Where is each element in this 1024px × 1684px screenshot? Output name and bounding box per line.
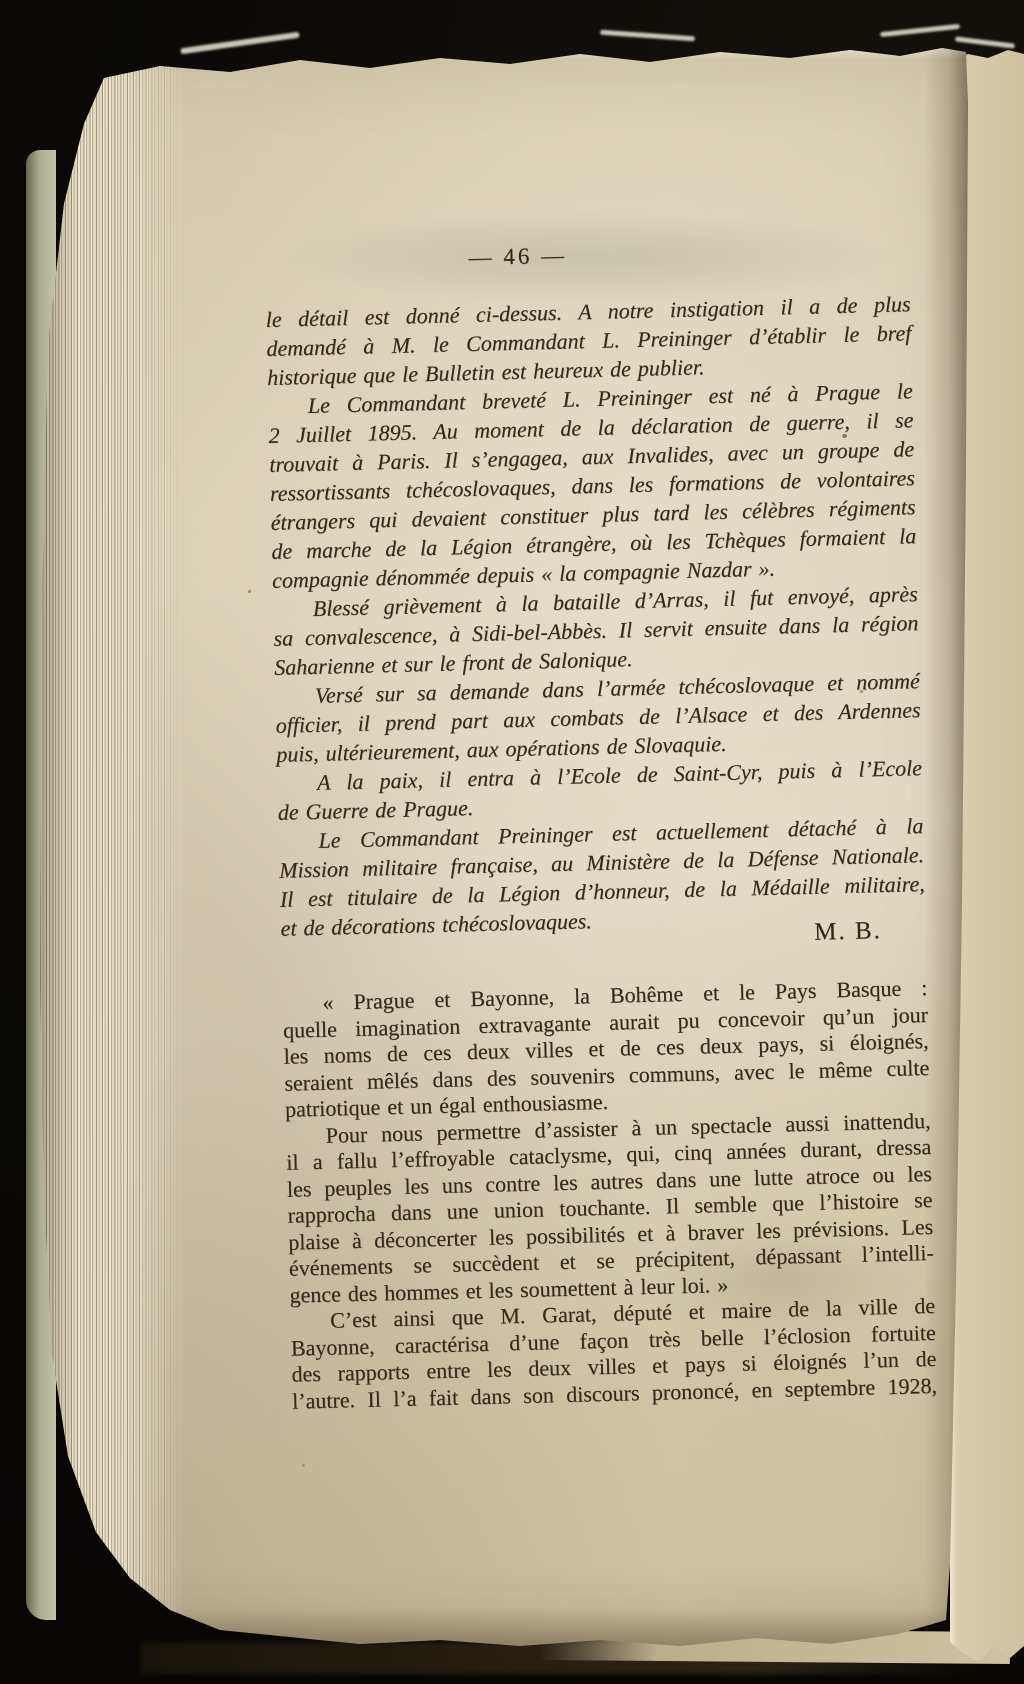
page-top-edge xyxy=(40,44,970,59)
paper-fiber xyxy=(955,36,1015,48)
paper-fiber xyxy=(600,30,695,42)
paper-speck xyxy=(302,1464,305,1467)
paper-fiber xyxy=(880,24,960,37)
photograph-of-book: — 46 — le détail est donné ci-dessus. A … xyxy=(0,0,1024,1684)
quotation-text-block: « Prague et Bayonne, la Bohême et le Pay… xyxy=(282,975,937,1415)
biography-text-block: le détail est donné ci-dessus. A notre i… xyxy=(265,289,925,943)
book-page: — 46 — le détail est donné ci-dessus. A … xyxy=(40,44,970,1656)
page-content: — 46 — le détail est donné ci-dessus. A … xyxy=(264,232,937,1414)
paper-fiber xyxy=(180,32,300,55)
page-edge-stack xyxy=(40,44,190,1656)
paper-speck xyxy=(248,590,251,593)
